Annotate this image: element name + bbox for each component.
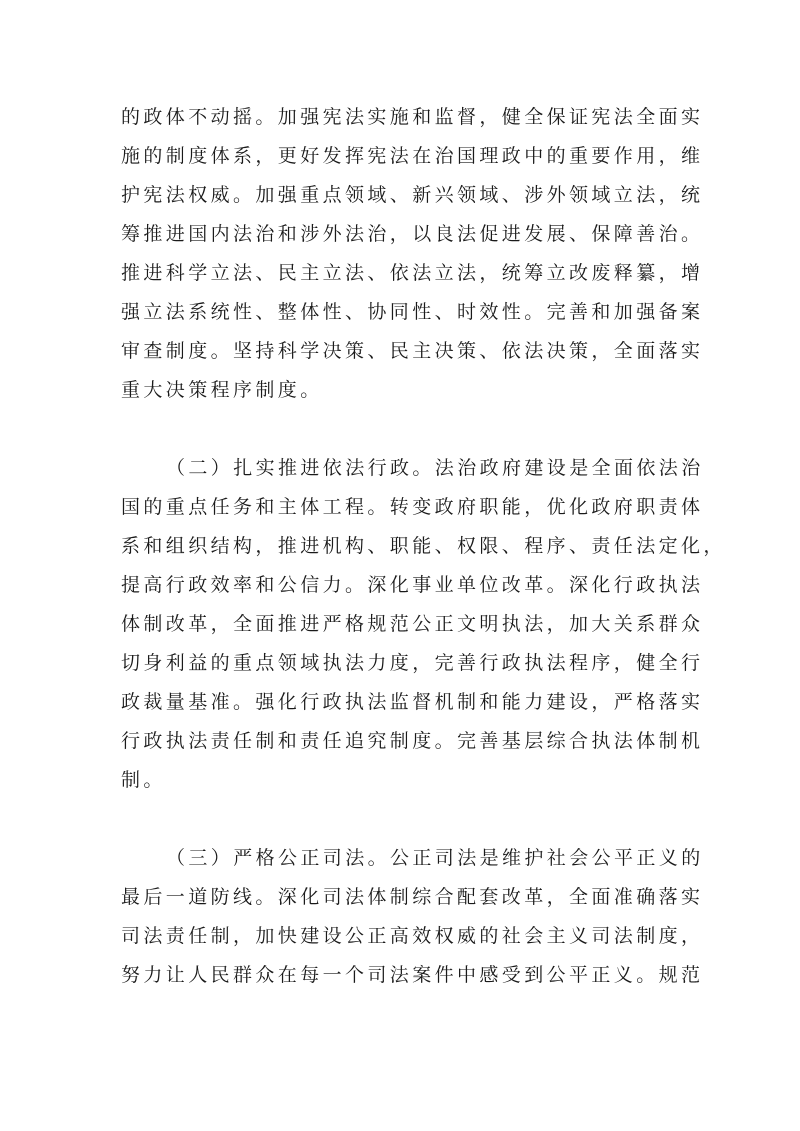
paragraph-spacer: [121, 410, 691, 449]
paragraph-spacer: [121, 800, 691, 839]
text-line: （三）严格公正司法。公正司法是维护社会公平正义的: [121, 839, 691, 878]
paragraph-constitution: 的政体不动摇。加强宪法实施和监督，健全保证宪法全面实 施的制度体系，更好发挥宪法…: [121, 98, 691, 410]
text-line: 行政执法责任制和责任追究制度。完善基层综合执法体制机: [121, 722, 691, 761]
text-line: 司法责任制，加快建设公正高效权威的社会主义司法制度，: [121, 917, 691, 956]
text-line: （二）扎实推进依法行政。法治政府建设是全面依法治: [121, 449, 691, 488]
paragraph-administration: （二）扎实推进依法行政。法治政府建设是全面依法治 国的重点任务和主体工程。转变政…: [121, 449, 691, 800]
text-line: 施的制度体系，更好发挥宪法在治国理政中的重要作用，维: [121, 137, 691, 176]
text-line: 切身利益的重点领域执法力度，完善行政执法程序，健全行: [121, 644, 691, 683]
text-line: 护宪法权威。加强重点领域、新兴领域、涉外领域立法，统: [121, 176, 691, 215]
paragraph-judiciary: （三）严格公正司法。公正司法是维护社会公平正义的 最后一道防线。深化司法体制综合…: [121, 839, 691, 995]
text-line: 体制改革，全面推进严格规范公正文明执法，加大关系群众: [121, 605, 691, 644]
text-line: 强立法系统性、整体性、协同性、时效性。完善和加强备案: [121, 293, 691, 332]
text-line: 筹推进国内法治和涉外法治，以良法促进发展、保障善治。: [121, 215, 691, 254]
text-line: 重大决策程序制度。: [121, 371, 691, 410]
text-line: 国的重点任务和主体工程。转变政府职能，优化政府职责体: [121, 488, 691, 527]
text-line: 的政体不动摇。加强宪法实施和监督，健全保证宪法全面实: [121, 98, 691, 137]
document-page: 的政体不动摇。加强宪法实施和监督，健全保证宪法全面实 施的制度体系，更好发挥宪法…: [121, 98, 691, 995]
text-line: 政裁量基准。强化行政执法监督机制和能力建设，严格落实: [121, 683, 691, 722]
text-line: 推进科学立法、民主立法、依法立法，统筹立改废释纂，增: [121, 254, 691, 293]
text-line: 努力让人民群众在每一个司法案件中感受到公平正义。规范: [121, 956, 691, 995]
text-line: 提高行政效率和公信力。深化事业单位改革。深化行政执法: [121, 566, 691, 605]
text-line: 审查制度。坚持科学决策、民主决策、依法决策，全面落实: [121, 332, 691, 371]
text-line: 系和组织结构，推进机构、职能、权限、程序、责任法定化，: [121, 527, 691, 566]
text-line: 最后一道防线。深化司法体制综合配套改革，全面准确落实: [121, 878, 691, 917]
text-line: 制。: [121, 761, 691, 800]
